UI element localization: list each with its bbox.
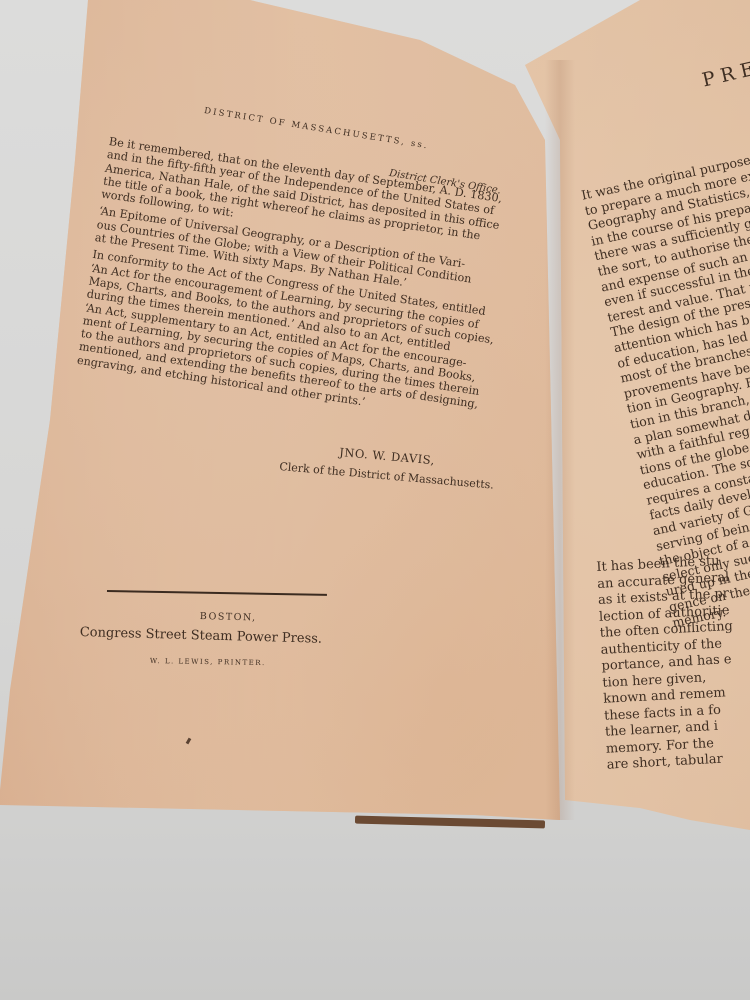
book-gutter [545,60,575,820]
imprint-city: BOSTON, [200,611,257,623]
preface-paragraph-2: It has been the stuan accurate generalas… [596,553,740,774]
book-spine-edge [355,816,545,829]
